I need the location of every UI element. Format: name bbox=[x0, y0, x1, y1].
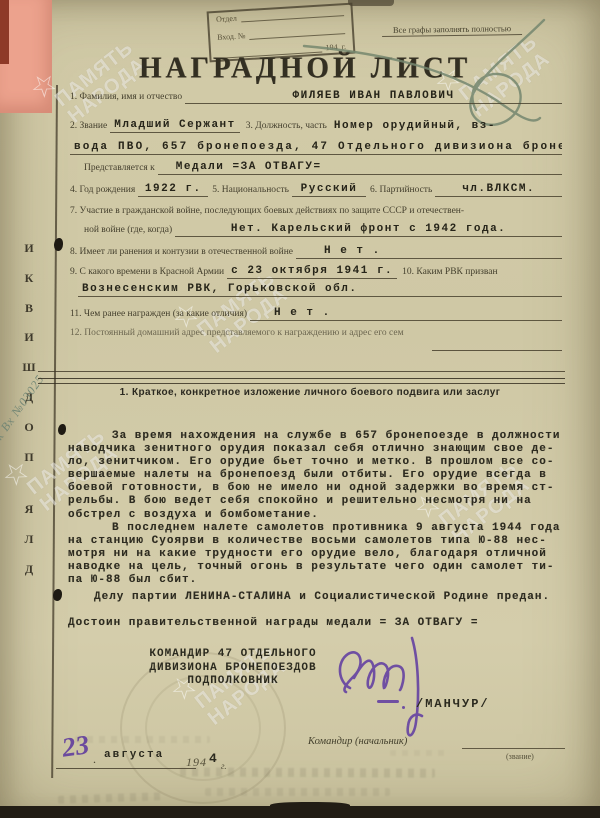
filing-note-letter: П bbox=[24, 450, 33, 465]
bleed-through-mark bbox=[75, 736, 210, 743]
citation-line: мотря ни на какие трудности его орудие в… bbox=[68, 548, 576, 561]
filing-note-letter: Я bbox=[25, 502, 34, 517]
blank-line bbox=[432, 350, 562, 351]
field-value: чл.ВЛКСМ. bbox=[435, 183, 562, 197]
filing-note-letter: И bbox=[24, 330, 33, 345]
field-name: 1. Фамилия, имя и отчество ФИЛЯЕВ ИВАН П… bbox=[70, 90, 562, 104]
commander-title-line: КОМАНДИР 47 ОТДЕЛЬНОГО bbox=[138, 648, 328, 662]
field-label: 1. Фамилия, имя и отчество bbox=[70, 91, 185, 104]
field-value: с 23 октября 1941 г. bbox=[227, 265, 397, 279]
ink-blot bbox=[54, 238, 63, 251]
filing-note-letter: И bbox=[24, 241, 33, 256]
citation-line: ло, зенитчиком. Его орудие бьет точно и … bbox=[68, 456, 576, 469]
citation-conclusion-line: Достоин правительственной награды медали… bbox=[68, 617, 576, 630]
field-label: Представляется к bbox=[84, 162, 158, 175]
red-edge-scrap bbox=[0, 0, 9, 64]
field-value: Н е т . bbox=[250, 307, 562, 321]
citation-loyalty-line: Делу партии ЛЕНИНА-СТАЛИНА и Социалистич… bbox=[68, 591, 576, 604]
field-recommended-for: Представляется к Медали =ЗА ОТВАГУ= bbox=[84, 161, 562, 175]
typed-month: августа bbox=[104, 749, 164, 761]
date-underline bbox=[56, 768, 196, 769]
field-label: 6. Партийность bbox=[366, 184, 435, 197]
stamp-label: Отдел bbox=[216, 14, 237, 24]
handwritten-signature bbox=[328, 630, 446, 746]
field-label: 9. С какого времени в Красной Армии bbox=[70, 266, 227, 279]
commander-title-line: ДИВИЗИОНА БРОНЕПОЕЗДОВ bbox=[138, 662, 328, 676]
citation-paragraph: В последнем налете самолетов противника … bbox=[68, 522, 576, 587]
field-value: Нет. Карельский фронт с 1942 года. bbox=[175, 223, 562, 237]
field-label: 3. Должность, часть bbox=[240, 120, 330, 133]
citation-line: За время нахождения на службе в 657 брон… bbox=[68, 430, 576, 443]
margin-rule bbox=[51, 85, 58, 778]
citation-line: В последнем налете самолетов противника … bbox=[68, 522, 576, 535]
field-value: ФИЛЯЕВ ИВАН ПАВЛОВИЧ bbox=[185, 90, 562, 104]
field-war-participation: 7. Участие в гражданской войне, последую… bbox=[70, 205, 566, 218]
award-sheet-document: ☆ ПАМЯТЬ НАРОДА ☆ ПАМЯТЬ НАРОДА ☆ ПАМЯТЬ… bbox=[0, 0, 600, 818]
field-value: Номер орудийный, вз- bbox=[330, 120, 562, 133]
field-war-participation-cont: ной войне (где, когда) Нет. Карельский ф… bbox=[84, 223, 562, 237]
signature-dot bbox=[402, 706, 405, 709]
field-home-address: 12. Постоянный домашний адрес представля… bbox=[70, 327, 540, 340]
field-label: 12. Постоянный домашний адрес представля… bbox=[70, 327, 407, 340]
citation-line: па Ю-88 был сбит. bbox=[68, 574, 576, 587]
filing-note-letter: Д bbox=[25, 562, 33, 577]
field-army-since: 9. С какого времени в Красной Армии с 23… bbox=[70, 265, 562, 279]
commander-title-line: ПОДПОЛКОВНИК bbox=[138, 675, 328, 689]
field-drafted-by: Вознесенским РВК, Горьковской обл. bbox=[78, 283, 562, 297]
typed-year-digit: 4 bbox=[209, 751, 217, 766]
signature-dash bbox=[377, 700, 399, 703]
signature-name: /МАНЧУР/ bbox=[416, 697, 490, 711]
blank-line bbox=[38, 371, 565, 372]
bleed-through-mark bbox=[390, 750, 450, 756]
field-previous-awards: 11. Чем ранее награжден (за какие отличи… bbox=[70, 307, 562, 321]
signature-caption: Командир (начальник) bbox=[308, 736, 407, 747]
citation-line: обстрел с воздуха и бомбометание. bbox=[68, 509, 576, 522]
field-value: Н е т . bbox=[296, 245, 562, 259]
scan-smudge bbox=[348, 0, 394, 6]
citation-line: вершаемые налеты на бронепоезд были отби… bbox=[68, 469, 576, 482]
field-label: 8. Имеет ли ранения и контузии в отечест… bbox=[70, 246, 296, 259]
citation-line: наводке на цель, точный огонь в результа… bbox=[68, 561, 576, 574]
filing-note-letter: В bbox=[25, 301, 33, 316]
ink-blot bbox=[58, 424, 66, 435]
stamp-label: Вход. № bbox=[217, 31, 246, 42]
ink-blot bbox=[53, 589, 62, 601]
field-birth-nationality-party: 4. Год рождения 1922 г. 5. Национальност… bbox=[70, 183, 562, 197]
rank-blank-line bbox=[462, 748, 565, 749]
section-heading: 1. Краткое, конкретное изложение личного… bbox=[60, 387, 560, 398]
field-label: 7. Участие в гражданской войне, последую… bbox=[70, 205, 467, 218]
date-separator: . bbox=[93, 752, 96, 767]
field-label: 10. Каким РВК призван bbox=[397, 266, 500, 279]
field-label: 4. Год рождения bbox=[70, 184, 138, 197]
field-label: 11. Чем ранее награжден (за какие отличи… bbox=[70, 308, 250, 321]
field-label: 5. Национальность bbox=[208, 184, 292, 197]
field-position-cont: вода ПВО, 657 бронепоезда, 47 Отдельного… bbox=[70, 141, 562, 155]
scan-bottom-blob bbox=[270, 802, 350, 810]
bleed-through-mark bbox=[205, 788, 390, 796]
citation-line: на станцию Суоярви в количестве восьми с… bbox=[68, 535, 576, 548]
citation-text: За время нахождения на службе в 657 брон… bbox=[68, 430, 576, 630]
field-rank-position: 2. Звание Младший Сержант 3. Должность, … bbox=[70, 119, 562, 133]
citation-line: рельбы. В бою ведет себя спокойно и реши… bbox=[68, 495, 576, 508]
field-value: 1922 г. bbox=[138, 183, 208, 197]
bleed-through-mark bbox=[180, 767, 435, 777]
field-wounds: 8. Имеет ли ранения и контузии в отечест… bbox=[70, 245, 562, 259]
filing-note-letter: К bbox=[25, 271, 34, 286]
filing-note-letter: Л bbox=[25, 532, 34, 547]
filing-note-letter: О bbox=[24, 420, 33, 435]
section-divider bbox=[38, 378, 565, 384]
field-label: ной войне (где, когда) bbox=[84, 224, 175, 237]
bleed-through-mark bbox=[58, 792, 163, 804]
citation-paragraph: За время нахождения на службе в 657 брон… bbox=[68, 430, 576, 522]
field-label: 2. Звание bbox=[70, 120, 110, 133]
field-value: Вознесенским РВК, Горьковской обл. bbox=[78, 283, 562, 297]
field-value: Медали =ЗА ОТВАГУ= bbox=[158, 161, 562, 175]
field-value: Младший Сержант bbox=[110, 119, 240, 133]
citation-line: наводчика зенитного орудия показал себя … bbox=[68, 443, 576, 456]
citation-line: боевой готовности, в бою не имело ни одн… bbox=[68, 482, 576, 495]
commander-title-block: КОМАНДИР 47 ОТДЕЛЬНОГО ДИВИЗИОНА БРОНЕПО… bbox=[138, 648, 328, 689]
field-value: вода ПВО, 657 бронепоезда, 47 Отдельного… bbox=[70, 141, 562, 155]
field-value: Русский bbox=[292, 183, 366, 197]
rank-caption: (звание) bbox=[506, 752, 534, 761]
